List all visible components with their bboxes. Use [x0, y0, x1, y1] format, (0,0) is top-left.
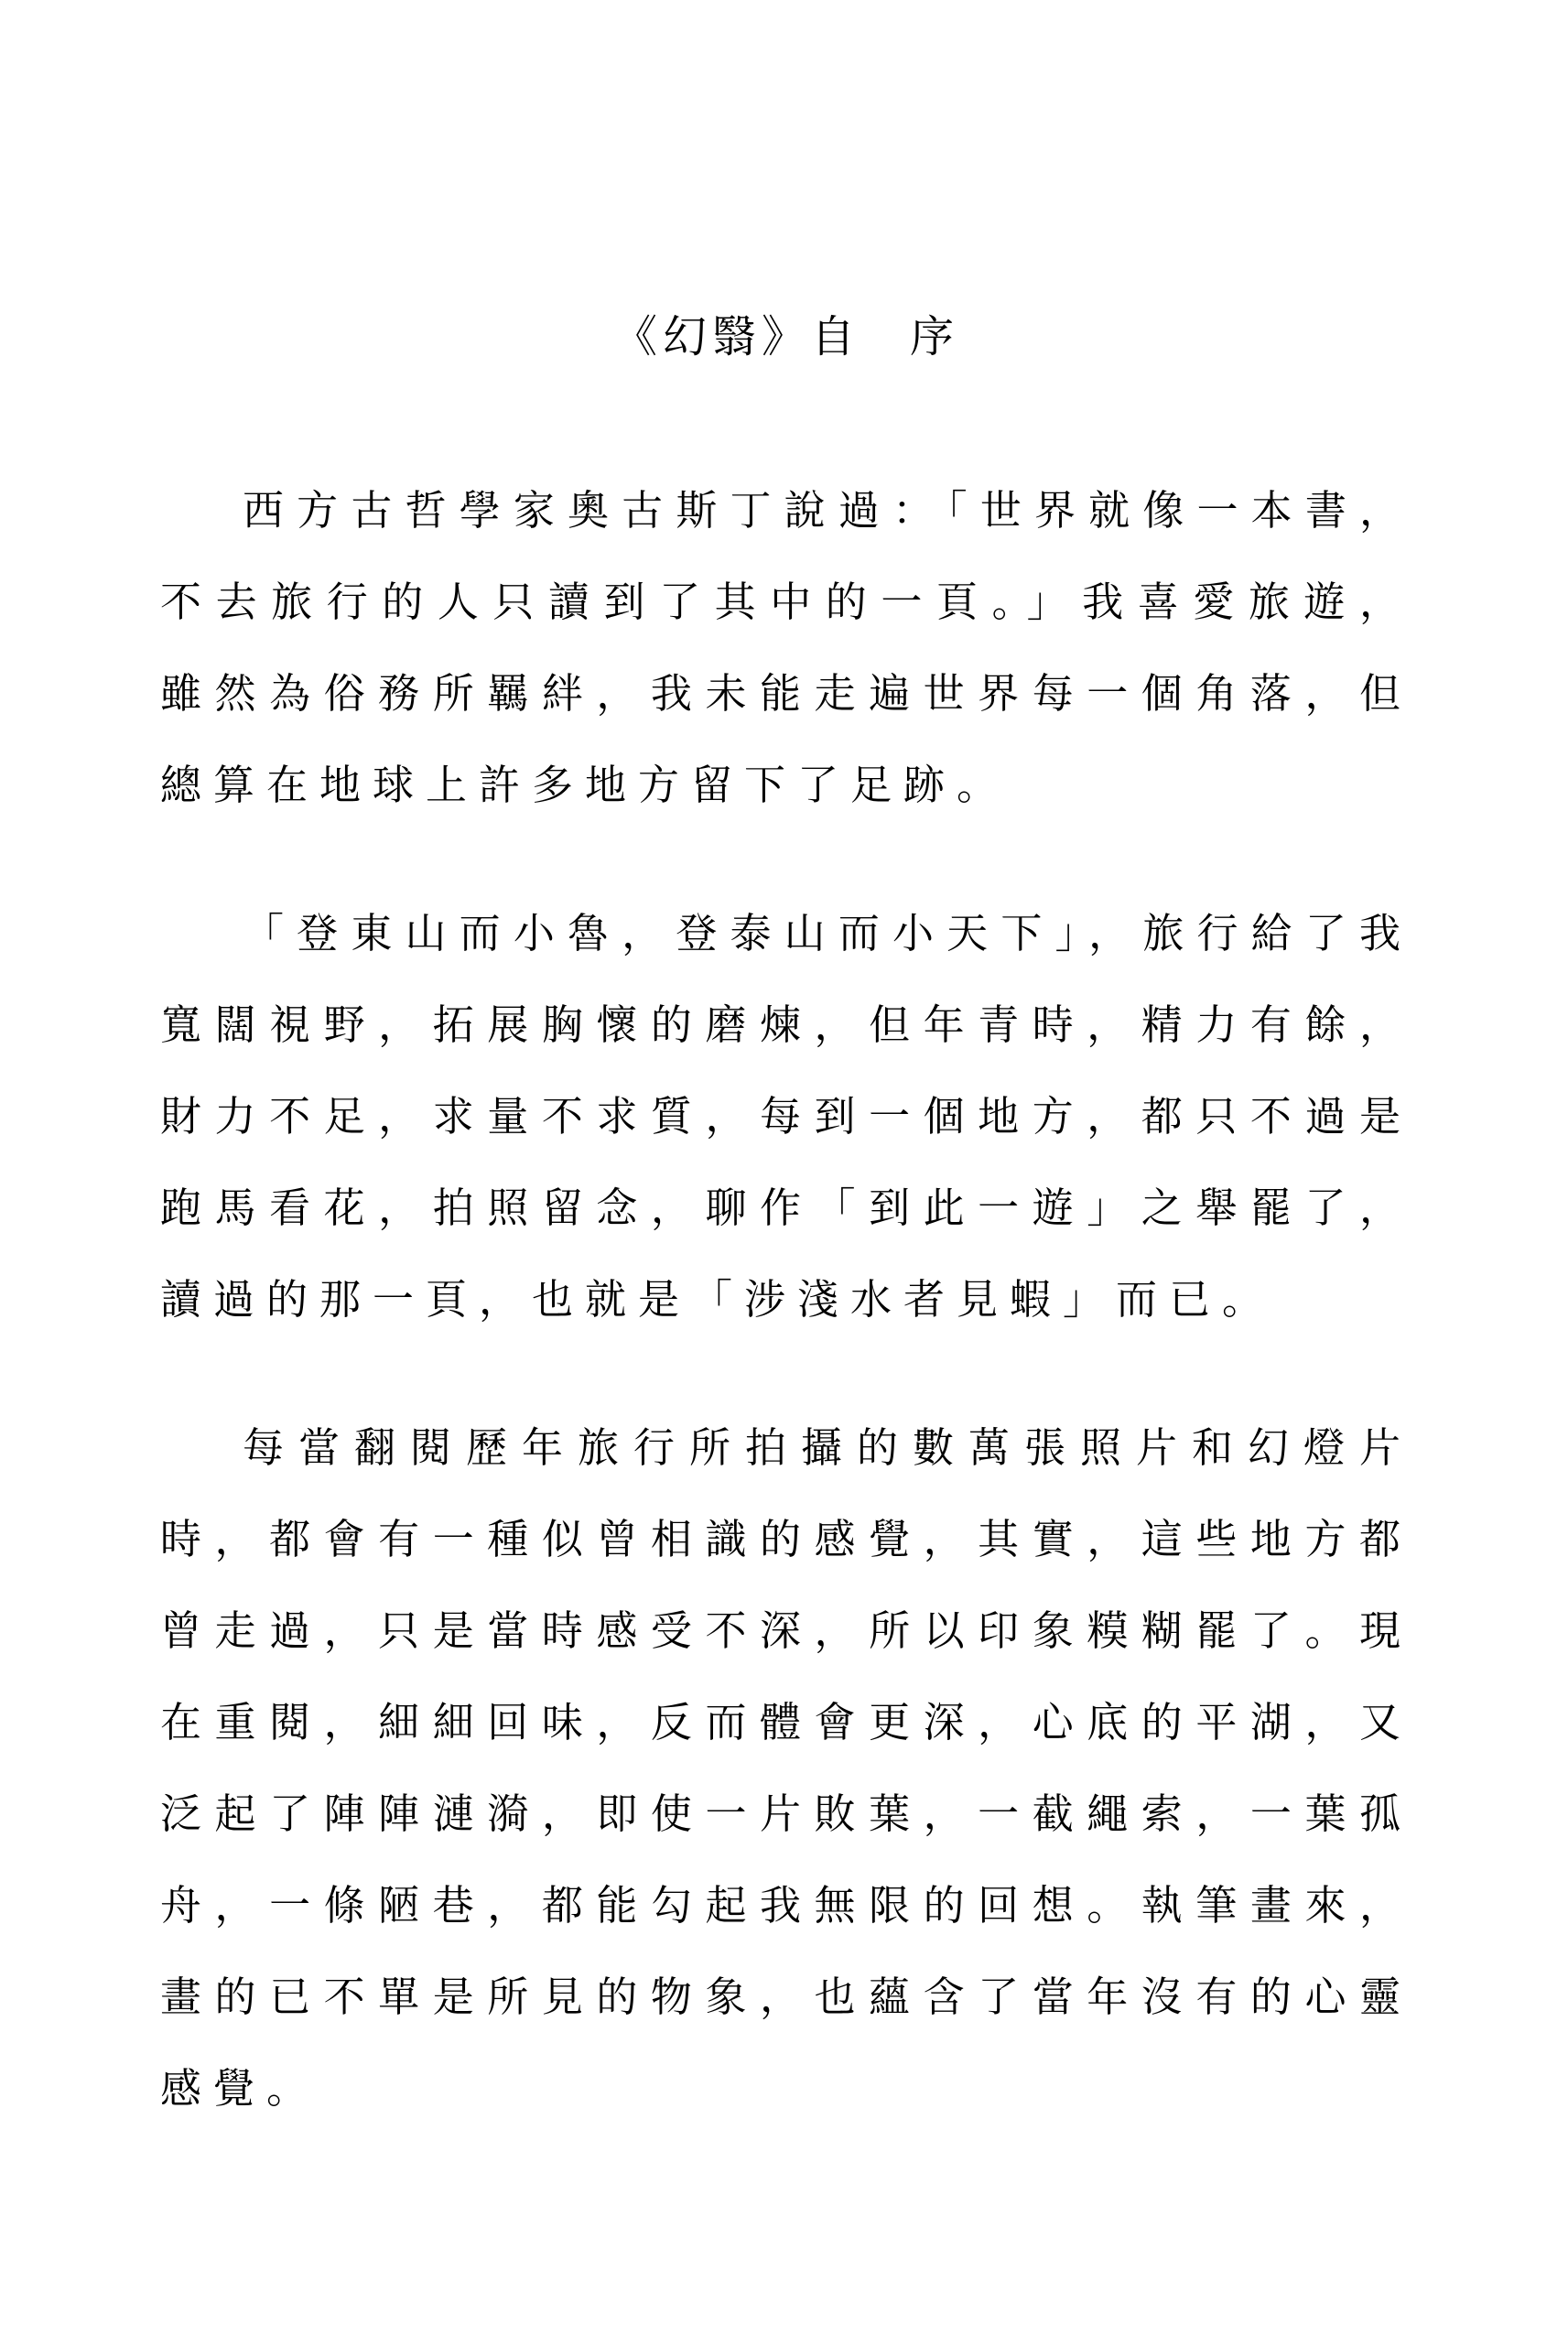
- document-title: 《幻翳》自 序: [160, 311, 1412, 364]
- paragraph-3: 每當翻閱歷年旅行所拍攝的數萬張照片和幻燈片時，都會有一種似曾相識的感覺，其實，這…: [160, 1402, 1412, 2135]
- document-body: 西方古哲學家奧古斯丁說過：「世界就像一本書，不去旅行的人只讀到了其中的一頁。」我…: [160, 465, 1412, 2135]
- paragraph-1: 西方古哲學家奧古斯丁說過：「世界就像一本書，不去旅行的人只讀到了其中的一頁。」我…: [160, 465, 1412, 831]
- document-page: 《幻翳》自 序 西方古哲學家奧古斯丁說過：「世界就像一本書，不去旅行的人只讀到了…: [0, 0, 1568, 2346]
- paragraph-2: 「登東山而小魯，登泰山而小天下」，旅行給了我寬闊視野，拓展胸懷的磨煉，但年青時，…: [160, 888, 1412, 1346]
